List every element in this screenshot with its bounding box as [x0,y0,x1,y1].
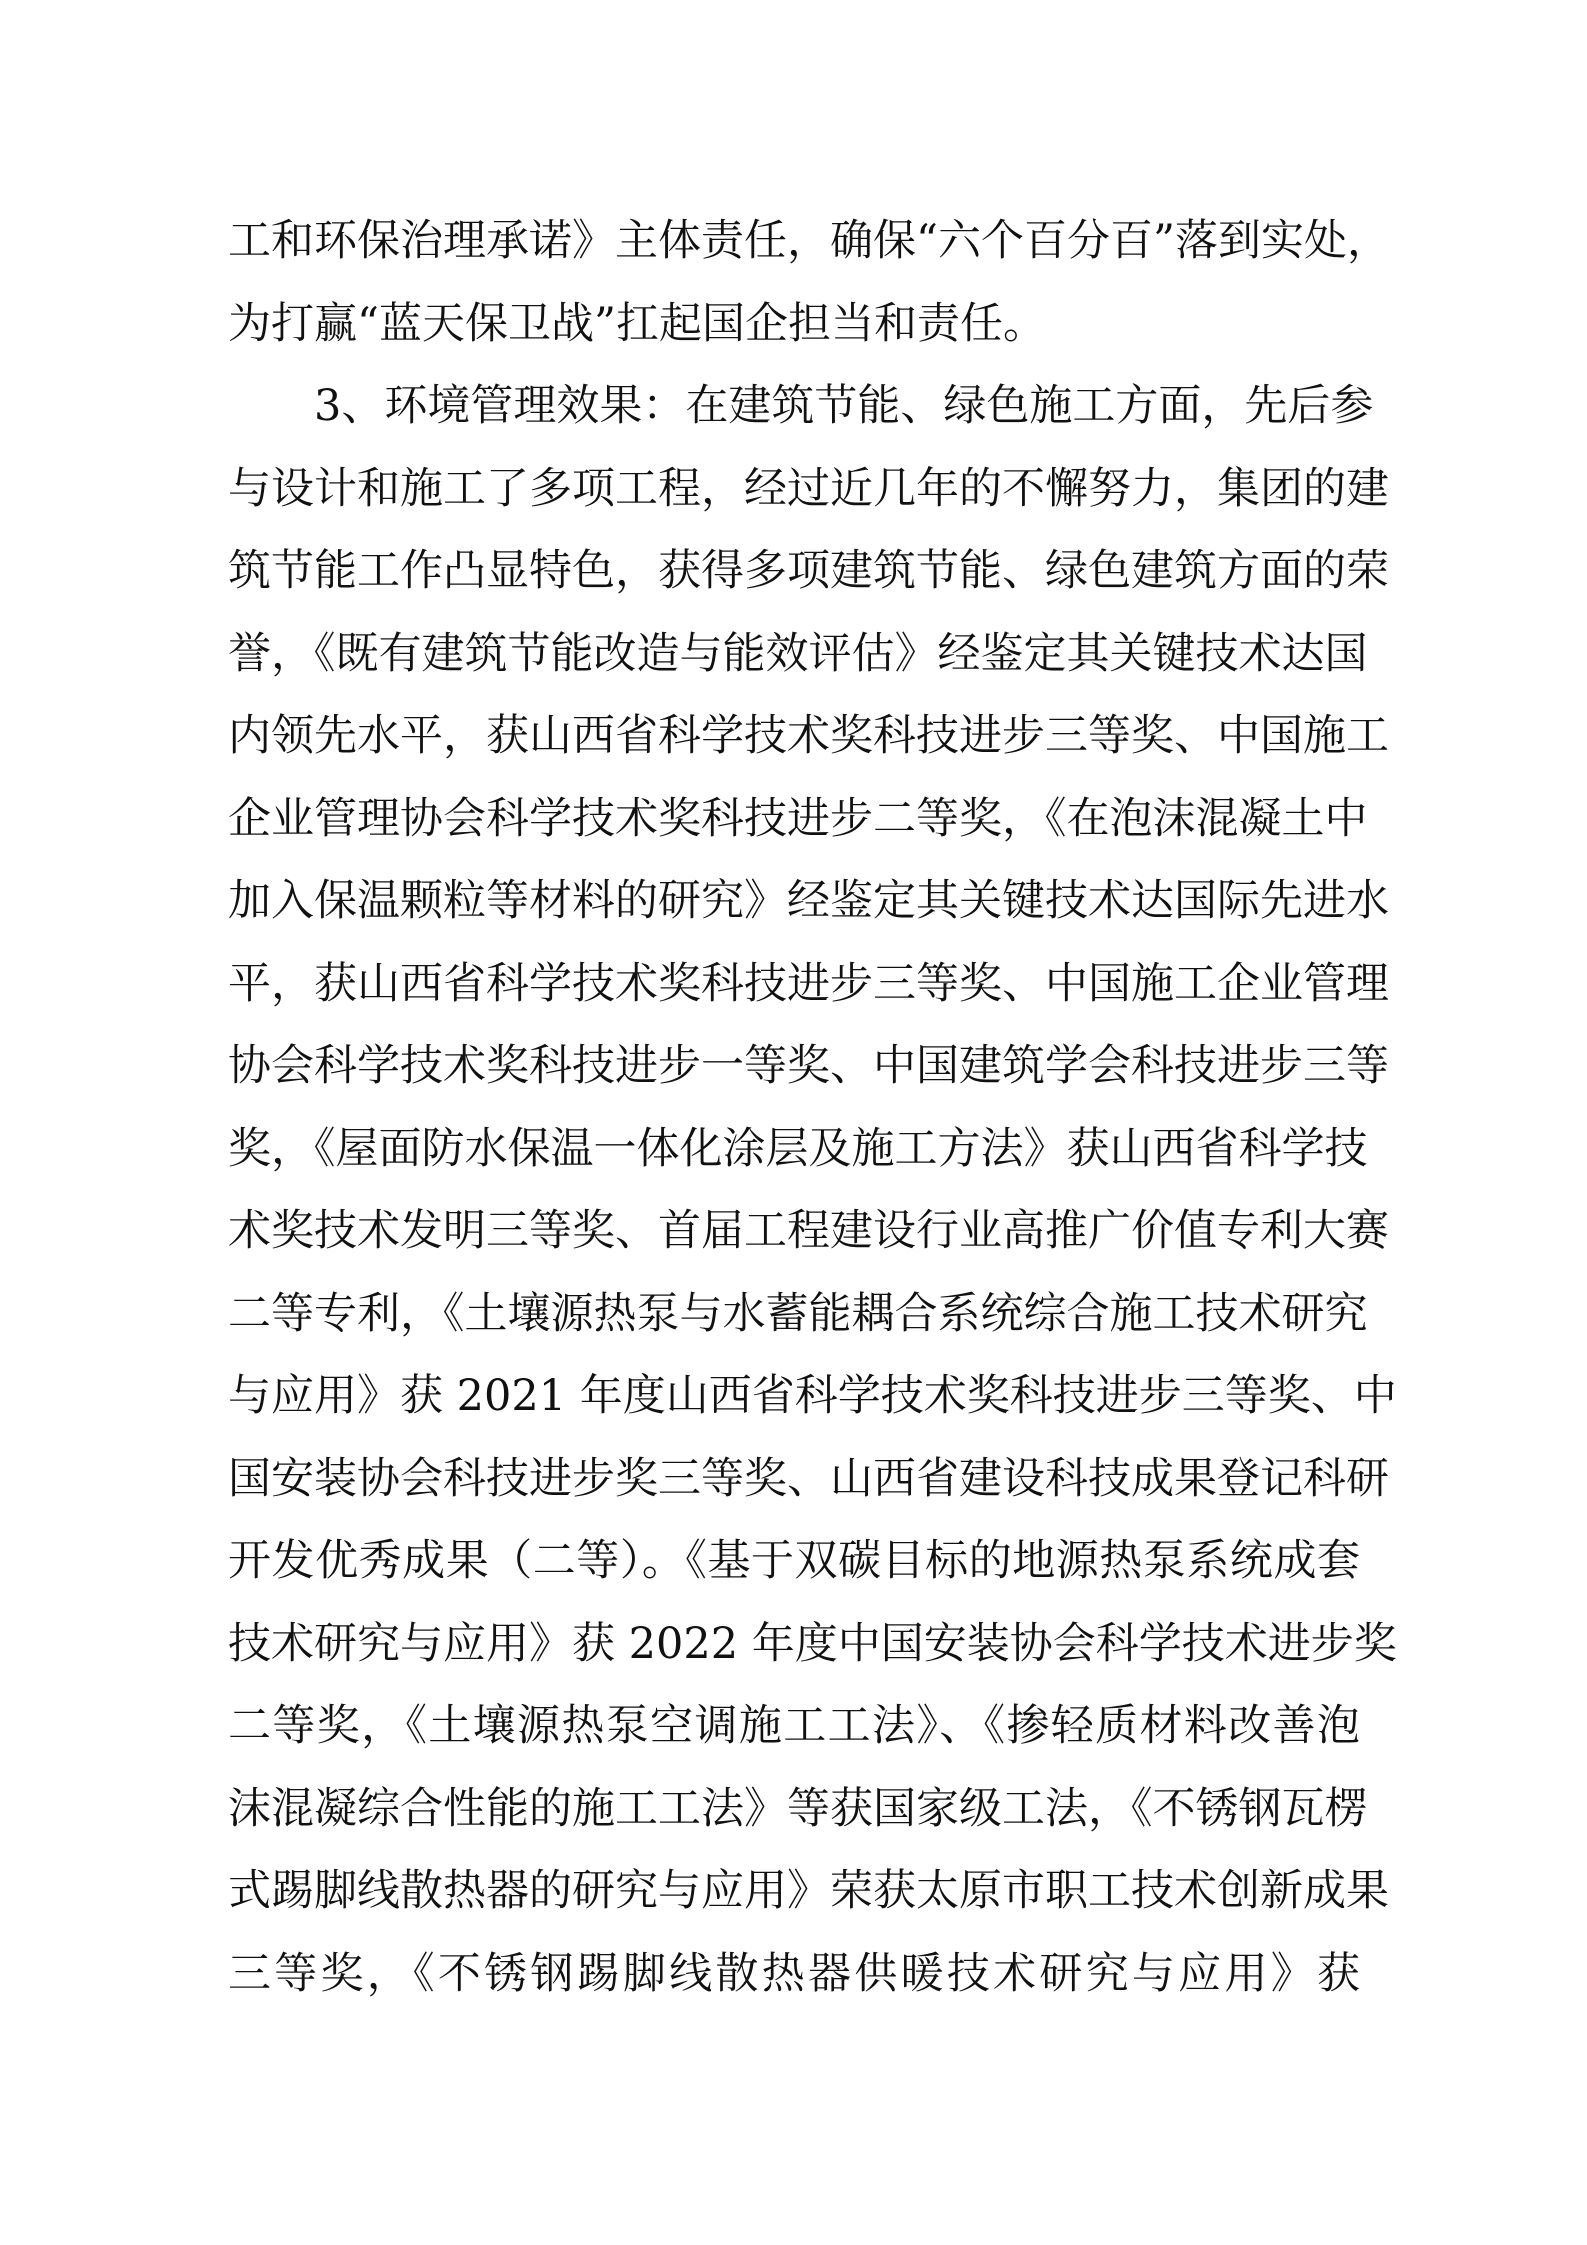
text-line: 技术研究与应用》获 2022 年度中国安装协会科学技术进步奖 [228,1603,1360,1686]
document-page: 工和环保治理承诺》主体责任，确保“六个百分百”落到实处， 为打赢“蓝天保卫战”扛… [0,0,1587,2245]
text-line: 筑节能工作凸显特色，获得多项建筑节能、绿色建筑方面的荣 [228,530,1360,613]
text-line: 协会科学技术奖科技进步一等奖、中国建筑学会科技进步三等 [228,1025,1360,1108]
text-line: 沫混凝综合性能的施工工法》等获国家级工法，《不锈钢瓦楞 [228,1768,1360,1851]
section-heading-line: 3、环境管理效果：在建筑节能、绿色施工方面，先后参 [228,365,1360,448]
text-line: 誉，《既有建筑节能改造与能效评估》经鉴定其关键技术达国 [228,613,1360,696]
text-line: 加入保温颗粒等材料的研究》经鉴定其关键技术达国际先进水 [228,860,1360,943]
text-line: 二等奖，《土壤源热泵空调施工工法》、《掺轻质材料改善泡 [228,1685,1360,1768]
text-line: 企业管理协会科学技术奖科技进步二等奖，《在泡沫混凝土中 [228,778,1360,861]
text-line: 内领先水平，获山西省科学技术奖科技进步三等奖、中国施工 [228,695,1360,778]
text-line: 为打赢“蓝天保卫战”扛起国企担当和责任。 [228,283,1360,366]
text-line: 二等专利，《土壤源热泵与水蓄能耦合系统综合施工技术研究 [228,1273,1360,1356]
text-line: 奖，《屋面防水保温一体化涂层及施工方法》获山西省科学技 [228,1108,1360,1191]
text-line: 与应用》获 2021 年度山西省科学技术奖科技进步三等奖、中 [228,1355,1360,1438]
text-line: 三等奖，《不锈钢踢脚线散热器供暖技术研究与应用》获 [228,1933,1360,2016]
paragraph-environment-management-results: 3、环境管理效果：在建筑节能、绿色施工方面，先后参 与设计和施工了多项工程，经过… [228,365,1360,2015]
text-line: 平，获山西省科学技术奖科技进步三等奖、中国施工企业管理 [228,943,1360,1026]
paragraph-continuation: 工和环保治理承诺》主体责任，确保“六个百分百”落到实处， 为打赢“蓝天保卫战”扛… [228,200,1360,365]
text-line: 工和环保治理承诺》主体责任，确保“六个百分百”落到实处， [228,200,1360,283]
document-body: 工和环保治理承诺》主体责任，确保“六个百分百”落到实处， 为打赢“蓝天保卫战”扛… [228,200,1360,2015]
text-line: 与设计和施工了多项工程，经过近几年的不懈努力，集团的建 [228,448,1360,531]
text-line: 国安装协会科技进步奖三等奖、山西省建设科技成果登记科研 [228,1438,1360,1521]
text-line: 开发优秀成果（二等）。《基于双碳目标的地源热泵系统成套 [228,1520,1360,1603]
text-line: 术奖技术发明三等奖、首届工程建设行业高推广价值专利大赛 [228,1190,1360,1273]
text-line: 式踢脚线散热器的研究与应用》荣获太原市职工技术创新成果 [228,1850,1360,1933]
